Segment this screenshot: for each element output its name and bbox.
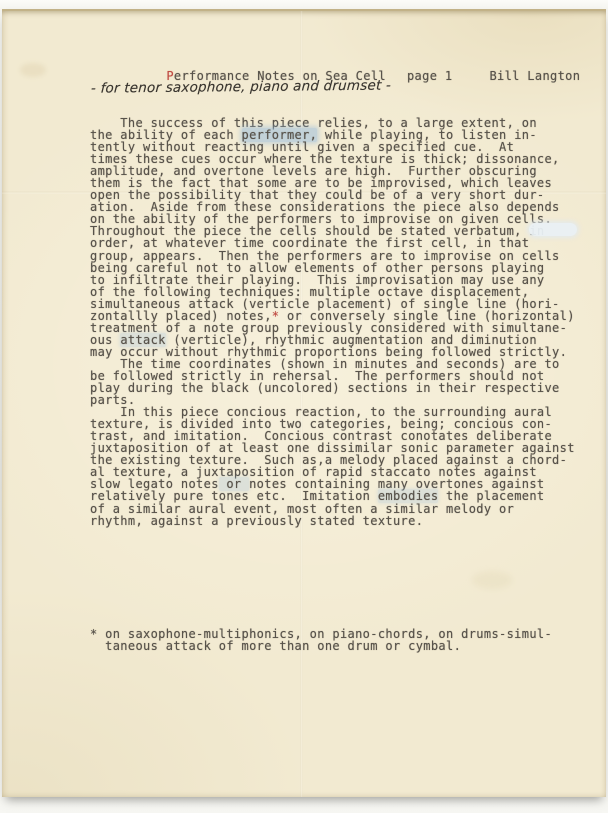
- text-line: rhythm, against a previously stated text…: [90, 515, 575, 527]
- paragraph-2: The time coordinates (shown in minutes a…: [90, 358, 575, 406]
- page-number: page 1: [407, 69, 452, 83]
- text-line: of the following techniques: multiple oc…: [90, 286, 575, 298]
- text-line: taneous attack of more than one drum or …: [90, 640, 552, 652]
- footnote: * on saxophone-multiphonics, on piano-ch…: [90, 628, 552, 652]
- paper-page: Performance Notes on Sea Cellpage 1Bill …: [2, 9, 606, 797]
- handwritten-subtitle: - for tenor saxophone, piano and drumset…: [91, 77, 412, 96]
- correction-smudge: [529, 223, 577, 236]
- document-body: The success of this piece relies, to a l…: [90, 117, 575, 527]
- text-line: of a similar aural event, most often a s…: [90, 503, 575, 515]
- author-name: Bill Langton: [489, 69, 580, 83]
- paragraph-1: The success of this piece relies, to a l…: [90, 117, 575, 358]
- paper-stain: [472, 571, 512, 589]
- paper-stain: [20, 63, 46, 77]
- text-line: zontallly placed) notes,* or conversely …: [90, 310, 575, 322]
- text-line: relatively pure tones etc. Imitation emb…: [90, 490, 575, 502]
- text-line: play during the black (uncolored) sectio…: [90, 382, 575, 394]
- text-line: order, at whatever time coordinate the f…: [90, 237, 575, 249]
- paragraph-3: In this piece concious reaction, to the …: [90, 406, 575, 526]
- text-line: simultaneous attack (verticle placement)…: [90, 298, 575, 310]
- text-line: being careful not to allow elements of o…: [90, 262, 575, 274]
- text-line: group, appears. Then the performers are …: [90, 250, 575, 262]
- text-line: to infiltrate their playing. This improv…: [90, 274, 575, 286]
